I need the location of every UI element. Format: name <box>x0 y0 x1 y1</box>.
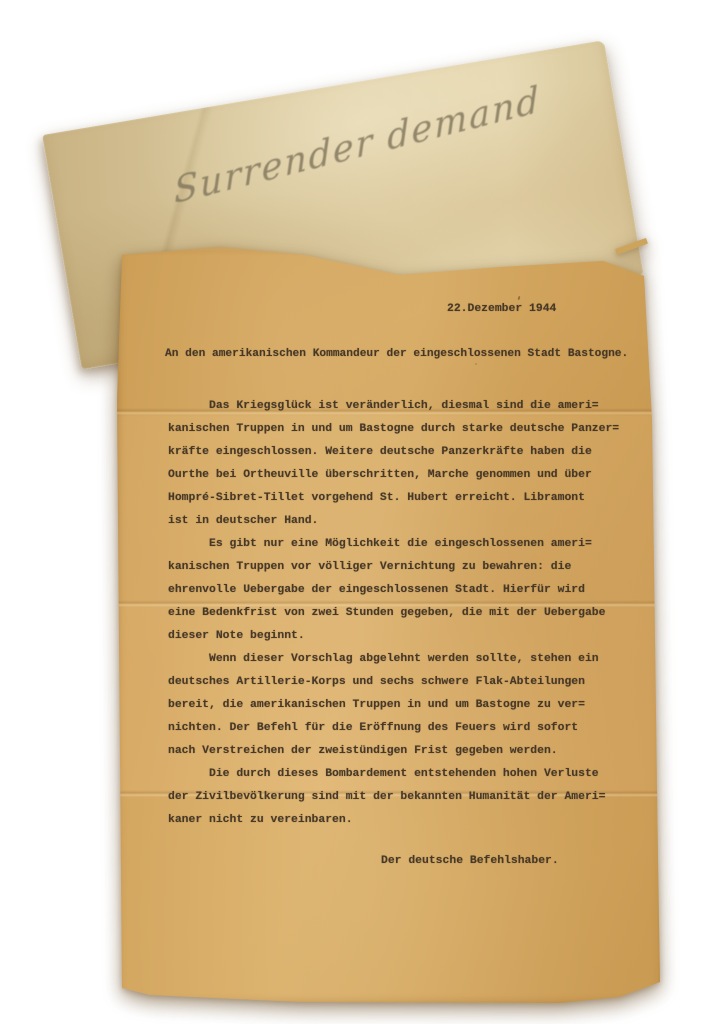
letter-line: der Zivilbevölkerung sind mit der bekann… <box>168 786 619 809</box>
letter-line: dieser Note beginnt. <box>168 625 619 648</box>
letter-line: kaner nicht zu vereinbaren. <box>168 809 619 832</box>
letter-salutation: An den amerikanischen Kommandeur der ein… <box>165 343 628 366</box>
letter-line: nach Verstreichen der zweistündigen Fris… <box>168 740 619 763</box>
letter-sheet: 22.Dezember 1944 An den amerikanischen K… <box>115 245 667 1007</box>
letter-signature: Der deutsche Befehlshaber. <box>381 850 559 873</box>
letter-line: ehrenvolle Uebergabe der eingeschlossene… <box>168 579 619 602</box>
letter-line: deutsches Artillerie-Korps und sechs sch… <box>168 671 619 694</box>
letter-line: Das Kriegsglück ist veränderlich, diesma… <box>168 395 619 418</box>
letter-line: kanischen Truppen vor völliger Vernichtu… <box>168 556 619 579</box>
letter-line: Hompré-Sibret-Tillet vorgehend St. Huber… <box>168 487 619 510</box>
letter-line: kanischen Truppen in und um Bastogne dur… <box>168 418 619 441</box>
letter-sheet-wrapper: 22.Dezember 1944 An den amerikanischen K… <box>115 245 667 1007</box>
letter-line: Wenn dieser Vorschlag abgelehnt werden s… <box>168 648 619 671</box>
letter-line: nichten. Der Befehl für die Eröffnung de… <box>168 717 619 740</box>
letter-line: Ourthe bei Ortheuville überschritten, Ma… <box>168 464 619 487</box>
envelope-handwritten-note: Surrender demand <box>173 74 562 213</box>
letter-body: Das Kriegsglück ist veränderlich, diesma… <box>168 395 619 832</box>
letter-line: ist in deutscher Hand. <box>168 510 619 533</box>
letter-line: bereit, die amerikanischen Truppen in un… <box>168 694 619 717</box>
photo-background: Surrender demand 22.Dezember 1944 An den… <box>0 0 716 1024</box>
letter-line: eine Bedenkfrist von zwei Stunden gegebe… <box>168 602 619 625</box>
letter-line: kräfte eingeschlossen. Weitere deutsche … <box>168 441 619 464</box>
letter-line: Es gibt nur eine Möglichkeit die eingesc… <box>168 533 619 556</box>
letter-line: Die durch dieses Bombardement entstehend… <box>168 763 619 786</box>
letter-date: 22.Dezember 1944 <box>447 298 556 321</box>
